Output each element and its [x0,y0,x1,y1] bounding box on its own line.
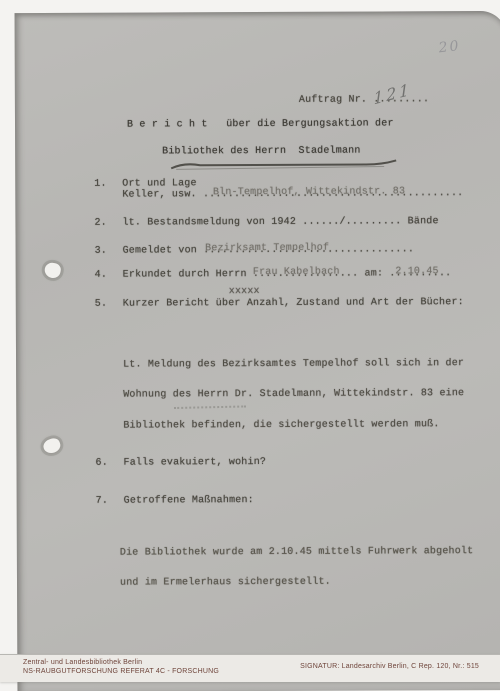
item-7-number: 7. [96,496,124,507]
item-4-name-field: ..............Frau Kabelbach [253,269,340,280]
item-2-text: lt. Bestandsmeldung von 1942 ....../....… [122,216,438,228]
department-name: NS-RAUBGUTFORSCHUNG REFERAT 4C - FORSCHU… [23,668,219,677]
item-1-location-line: Keller, usw. ...........................… [122,188,463,200]
item-7-paragraph: Die Bibliothek wurde am 2.10.45 mittels … [120,526,474,610]
item-2-number: 2. [94,218,122,229]
item-1-line: 1.Ort und Lage [94,178,196,189]
item-5-number: 5. [95,299,123,310]
item-7-paragraph-line-1: Die Bibliothek wurde am 2.10.45 mittels … [120,547,474,559]
archive-footer-bar: Zentral- und Landesbibliothek Berlin NS-… [0,654,500,682]
library-name: Zentral- und Landesbibliothek Berlin [23,659,219,668]
item-6-text: Falls evakuiert, wohin? [123,457,266,469]
item-6-number: 6. [95,458,123,469]
item-1-location-field: ........................................… [203,188,463,200]
report-title: B e r i c h t über die Bergungsaktion de… [127,118,394,130]
item-5-paragraph-line-3: Bibliothek befinden, die sichergestellt … [123,420,464,432]
item-5-line: 5.Kurzer Bericht über Anzahl, Zustand un… [95,297,464,310]
item-6-line: 6.Falls evakuiert, wohin? [95,457,266,469]
archive-footer-left: Zentral- und Landesbibliothek Berlin NS-… [23,659,219,676]
item-5-paragraph-line-1: Lt. Meldung des Bezirksamtes Tempelhof s… [123,359,464,371]
item-7-paragraph-line-2: und im Ermelerhaus sichergestellt. [120,578,474,590]
item-4-label: Erkundet durch Herrn [123,269,253,281]
item-3-label: Gemeldet von [123,245,204,256]
item-1-typed-value: Bln-Tempelhof, Wittekindstr. 83 [213,186,405,198]
item-3-line: 3.Gemeldet von .........................… [95,244,415,256]
item-5-paragraph: Lt. Meldung des Bezirksamtes Tempelhof s… [123,338,465,453]
item-3-number: 3. [95,246,123,257]
item-4-am-label: ... am: [340,268,390,279]
punch-hole-bottom [42,436,63,455]
item-1-label: Ort und Lage [122,178,196,189]
item-5-text: Kurzer Bericht über Anzahl, Zustand und … [123,297,464,309]
item-3-reporter-field: ..................................Bezirk… [203,244,414,256]
item-7-text: Getroffene Maßnahmen: [124,495,254,507]
subtitle-underline [168,159,400,170]
punch-hole-top [43,261,62,279]
auftrag-label: Auftrag Nr. [299,95,373,106]
item-3-typed-value: Bezirksamt Tempelhof [205,243,329,255]
item-4-name-typed: Frau Kabelbach [253,267,340,278]
item-4-date-typed: 2.10.45 [395,266,438,277]
item-1-number: 1. [94,179,122,190]
page-number-handwritten: 20 [438,38,461,56]
item-4-number: 4. [95,270,123,281]
item-7-line: 7.Getroffene Maßnahmen: [96,495,254,507]
item-4-line: 4.Erkundet durch Herrn ..............Fra… [95,268,452,281]
document-scan: 20 Auftrag Nr. ......... 121 B e r i c h… [0,0,500,691]
report-subtitle: Bibliothek des Herrn Stadelmann [162,146,360,158]
item-1-label2: Keller, usw. [122,189,203,200]
item-4-strikeout: xxxxx [229,286,260,297]
paper-page: 20 Auftrag Nr. ......... 121 B e r i c h… [15,11,500,691]
item-4-date-field: ..........2.10.45 [389,268,451,279]
item-2-line: 2.lt. Bestandsmeldung von 1942 ....../..… [94,216,438,229]
archive-signature: SIGNATUR: Landesarchiv Berlin, C Rep. 12… [300,663,479,670]
item-5-paragraph-line-2: Wohnung des Herrn Dr. Stadelmann, Wittek… [123,390,464,402]
